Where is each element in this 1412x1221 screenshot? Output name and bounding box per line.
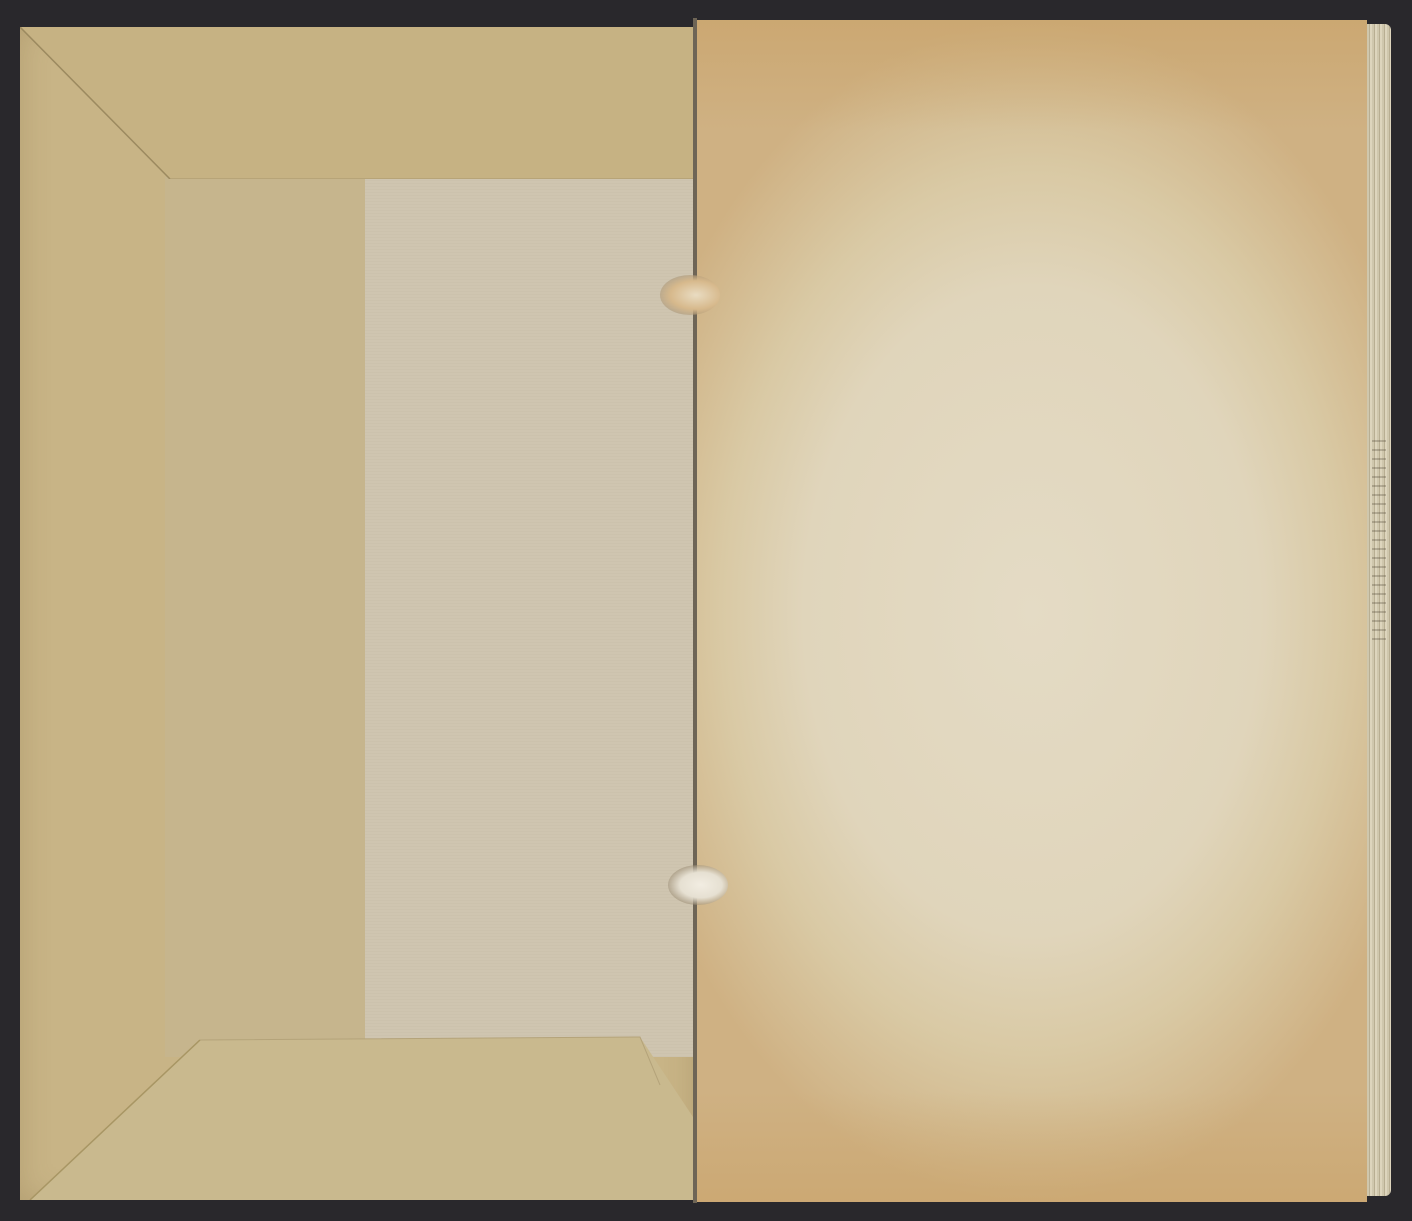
tissue-insert — [365, 177, 695, 1057]
bottom-flap — [20, 1025, 695, 1200]
right-page-blank — [697, 20, 1367, 1202]
page-edge-marks — [1372, 440, 1386, 640]
stitch-hole-bottom — [668, 865, 728, 905]
wrapper-inner-strip — [165, 177, 365, 1057]
left-page-wrapper — [20, 27, 695, 1200]
top-flap — [20, 27, 695, 179]
open-book — [0, 0, 1412, 1221]
stitch-hole-top — [660, 275, 720, 315]
